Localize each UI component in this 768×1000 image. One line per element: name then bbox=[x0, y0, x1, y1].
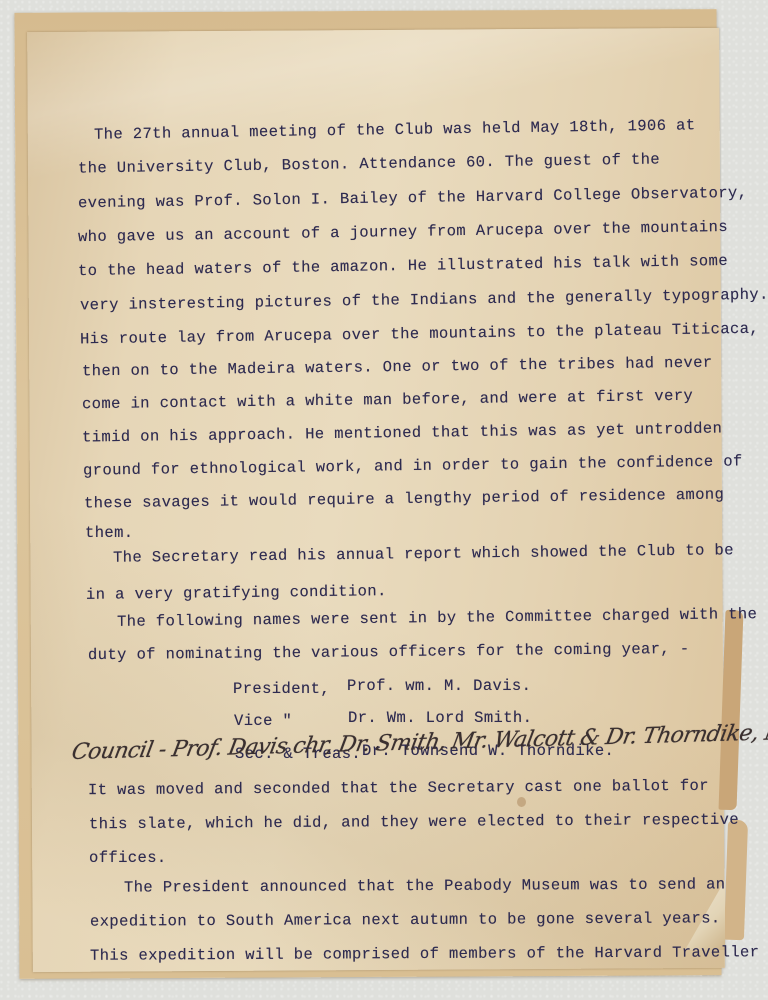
text-line: them. bbox=[85, 524, 134, 542]
typewritten-text: The 27th annual meeting of the Club was … bbox=[0, 0, 768, 1000]
text-line: these savages it would require a lengthy… bbox=[84, 486, 725, 513]
officer-role-vice-president: Vice " bbox=[234, 712, 292, 730]
text-line: The 27th annual meeting of the Club was … bbox=[94, 116, 696, 143]
text-line: The Secretary read his annual report whi… bbox=[113, 541, 734, 567]
text-line: ground for ethnological work, and in ord… bbox=[83, 452, 743, 479]
text-line: then on to the Madeira waters. One or tw… bbox=[82, 354, 713, 381]
text-line: offices. bbox=[89, 849, 167, 867]
officer-role-president: President, bbox=[233, 680, 330, 698]
text-line: The following names were sent in by the … bbox=[117, 605, 757, 631]
text-line: this slate, which he did, and they were … bbox=[89, 811, 739, 834]
text-line: duty of nominating the various officers … bbox=[88, 640, 690, 664]
text-line: very insteresting pictures of the Indian… bbox=[80, 286, 768, 315]
text-line: evening was Prof. Solon I. Bailey of the… bbox=[78, 184, 748, 213]
text-line: timid on his approach. He mentioned that… bbox=[82, 420, 723, 447]
text-line: the University Club, Boston. Attendance … bbox=[78, 150, 660, 177]
text-line: expedition to South America next autumn … bbox=[90, 909, 721, 930]
text-line: who gave us an account of a journey from… bbox=[78, 218, 728, 246]
text-line: This expedition will be comprised of mem… bbox=[90, 943, 759, 965]
officer-name-vice-president: Dr. Wm. Lord Smith. bbox=[348, 709, 532, 727]
text-line: to the head waters of the amazon. He ill… bbox=[78, 252, 728, 280]
text-line: The President announced that the Peabody… bbox=[124, 875, 726, 896]
officer-name-president: Prof. wm. M. Davis. bbox=[347, 677, 531, 695]
text-line: His route lay from Arucepa over the moun… bbox=[80, 320, 759, 349]
text-line: come in contact with a white man before,… bbox=[82, 387, 693, 414]
text-line: in a very gratifying condition. bbox=[86, 582, 387, 604]
text-line: It was moved and seconded that the Secre… bbox=[88, 777, 709, 799]
